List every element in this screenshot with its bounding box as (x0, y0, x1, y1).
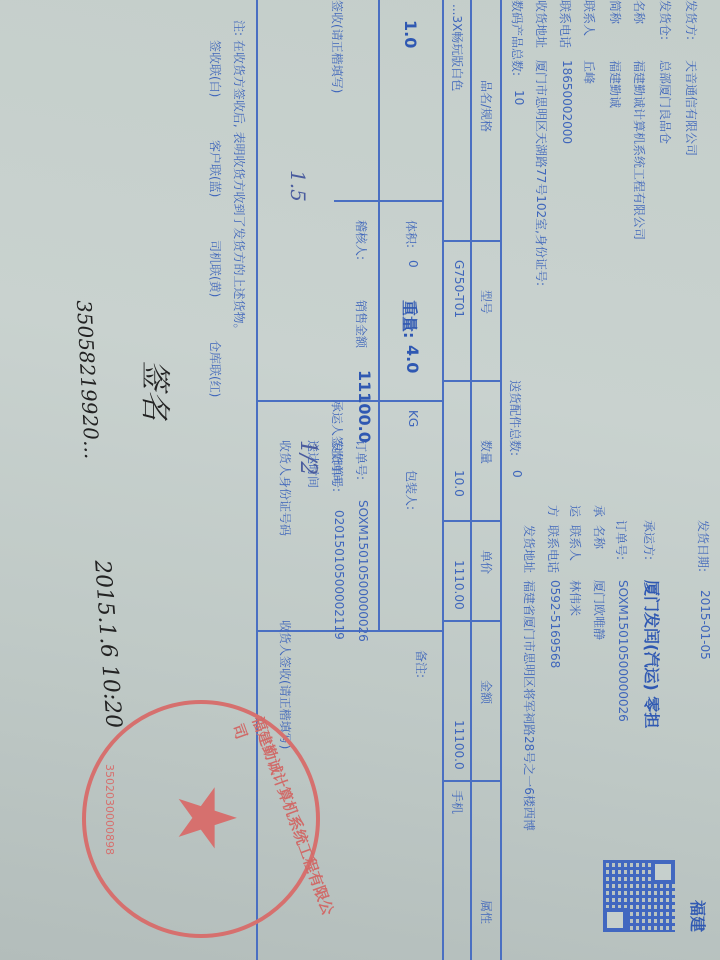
summary-border-1 (379, 0, 381, 630)
receiver-id-label: 收货人身份证号码 (277, 440, 294, 536)
sales-amount-label: 销售金额 (353, 300, 370, 348)
delivery-no-label: 发货单号: (329, 440, 346, 492)
shipper: 天音通信有限公司 (683, 60, 700, 156)
col-divider-2 (444, 380, 502, 382)
footer-note: 注: 在收货方签收后, 表明收货方收到了发货方的上述货物。 (231, 20, 248, 336)
accessory-total: 0 (510, 470, 524, 478)
volume: 0 (406, 260, 420, 268)
summary-order-no: SOXM15010500000026 (356, 500, 370, 642)
col-header-price: 单价 (478, 550, 495, 574)
carrier-phone-label: 联系电话 (545, 525, 562, 573)
handwritten-date: 2015.1.6 10:20 (89, 559, 126, 729)
receiver-short-label: 简称 (607, 0, 624, 24)
summary-divider-1 (334, 200, 444, 202)
carrier-order-label: 订单号: (613, 520, 630, 560)
copy-customer: 客户联(蓝) (207, 140, 224, 197)
carrier-address: 福建省厦门市思明区将军祠路28号之一6楼西博 (521, 580, 538, 831)
carrier-contact: 林伟米 (567, 580, 584, 616)
summary-order-label: 订单号: (353, 440, 370, 480)
qr-code-icon (603, 860, 675, 932)
contact-label: 联系人 (581, 0, 598, 36)
sales-amount: 11100.0 (355, 370, 374, 443)
col-divider-1 (444, 240, 502, 242)
carrier-side-2: 运 (567, 505, 584, 517)
copy-warehouse: 仓库联(红) (207, 340, 224, 397)
row-model: G750-T01 (452, 260, 466, 318)
phone-label: 联系电话 (557, 0, 574, 48)
phone: 18650002000 (560, 60, 574, 144)
product-total: 10 (512, 90, 526, 105)
carrier-name-label: 名称 (591, 525, 608, 549)
warehouse-label: 发货仓: (657, 0, 674, 40)
handwritten-signature: 签名 (136, 360, 180, 420)
row-attr: 手机 (449, 790, 466, 814)
col-divider-3 (444, 520, 502, 522)
col-header-model: 型号 (478, 290, 495, 314)
col-header-amount: 金额 (478, 680, 495, 704)
packer-label: 包装人: (403, 470, 420, 510)
row-qty: 10.0 (452, 470, 466, 497)
carrier-order-no: SOXM15010500000026 (616, 580, 630, 722)
company-stamp: ★ 福建勤诚计算机系统工程有限公司 3502030000898 (82, 700, 320, 938)
table-row-border (443, 0, 445, 960)
ship-date: 2015-01-05 (698, 590, 712, 660)
corner-text: 福建 (687, 900, 710, 932)
product-total-label: 数码产品总数: (509, 0, 526, 76)
pieces-mark: 1.5 (286, 170, 310, 202)
accessory-total-label: 送货配件总数: (507, 380, 524, 456)
col-header-name: 品名/规格 (478, 80, 495, 132)
weight-label: 重量: (399, 300, 422, 338)
table-top-border (501, 0, 503, 960)
carrier-contact-label: 联系人 (567, 525, 584, 561)
delivery-note-document: 福建 发货日期: 2015-01-05 发货方: 天音通信有限公司 发货仓: 总… (0, 0, 720, 960)
row-amount: 11100.0 (452, 720, 466, 770)
carrier-address-label: 发货地址 (521, 525, 538, 573)
star-icon: ★ (166, 782, 246, 854)
contact: 丘峰 (581, 60, 598, 84)
pieces: 1.0 (401, 20, 420, 48)
address: 厦门市思明区天湖路77号102室,身份证号: (533, 60, 550, 286)
summary-divider-2 (258, 400, 444, 402)
shipper-label: 发货方: (683, 0, 700, 40)
remark-label: 备注: (413, 650, 430, 678)
receiver-name: 福建勤诚计算机系统工程有限公司 (631, 60, 648, 240)
carrier-side-1: 承 (591, 505, 608, 517)
stamp-code: 3502030000898 (103, 764, 116, 855)
carrier-time-mark: 1/2 (295, 440, 320, 475)
ship-date-label: 发货日期: (695, 520, 712, 572)
col-header-qty: 数量 (478, 440, 495, 464)
delivery-no: 02015010500002119 (332, 510, 346, 640)
address-label: 收货地址 (533, 0, 550, 48)
sign-label: 签收(请正楷填写) (329, 0, 346, 93)
copy-sign: 签收联(白) (207, 40, 224, 97)
col-divider-5 (444, 780, 502, 782)
volume-label: 体积: (403, 220, 420, 248)
carrier-phone: 0592-5169568 (548, 580, 562, 668)
weight: 4.0 (403, 345, 422, 373)
reviewer-label: 稽核人: (353, 220, 370, 260)
warehouse: 总部厦门良品仓 (657, 60, 674, 144)
handwritten-id: 35058219920... (72, 299, 104, 459)
receiver-short: 福建勤诚 (607, 60, 624, 108)
row-name: ...3X畅玩版白色 (449, 4, 466, 91)
copy-driver: 司机联(黄) (207, 240, 224, 297)
carrier-company: 厦门欧唯静 (591, 580, 608, 640)
carrier-side-3: 方 (545, 505, 562, 517)
receiver-name-label: 名称 (631, 0, 648, 24)
col-divider-4 (444, 620, 502, 622)
row-price: 1110.00 (452, 560, 466, 610)
carrier-label: 承运方: (641, 520, 658, 560)
table-header-border (471, 0, 473, 960)
col-header-attr: 属性 (478, 900, 495, 924)
weight-unit: KG (406, 410, 420, 427)
carrier-name: 厦门发闰(汽运) 零担 (641, 580, 664, 728)
